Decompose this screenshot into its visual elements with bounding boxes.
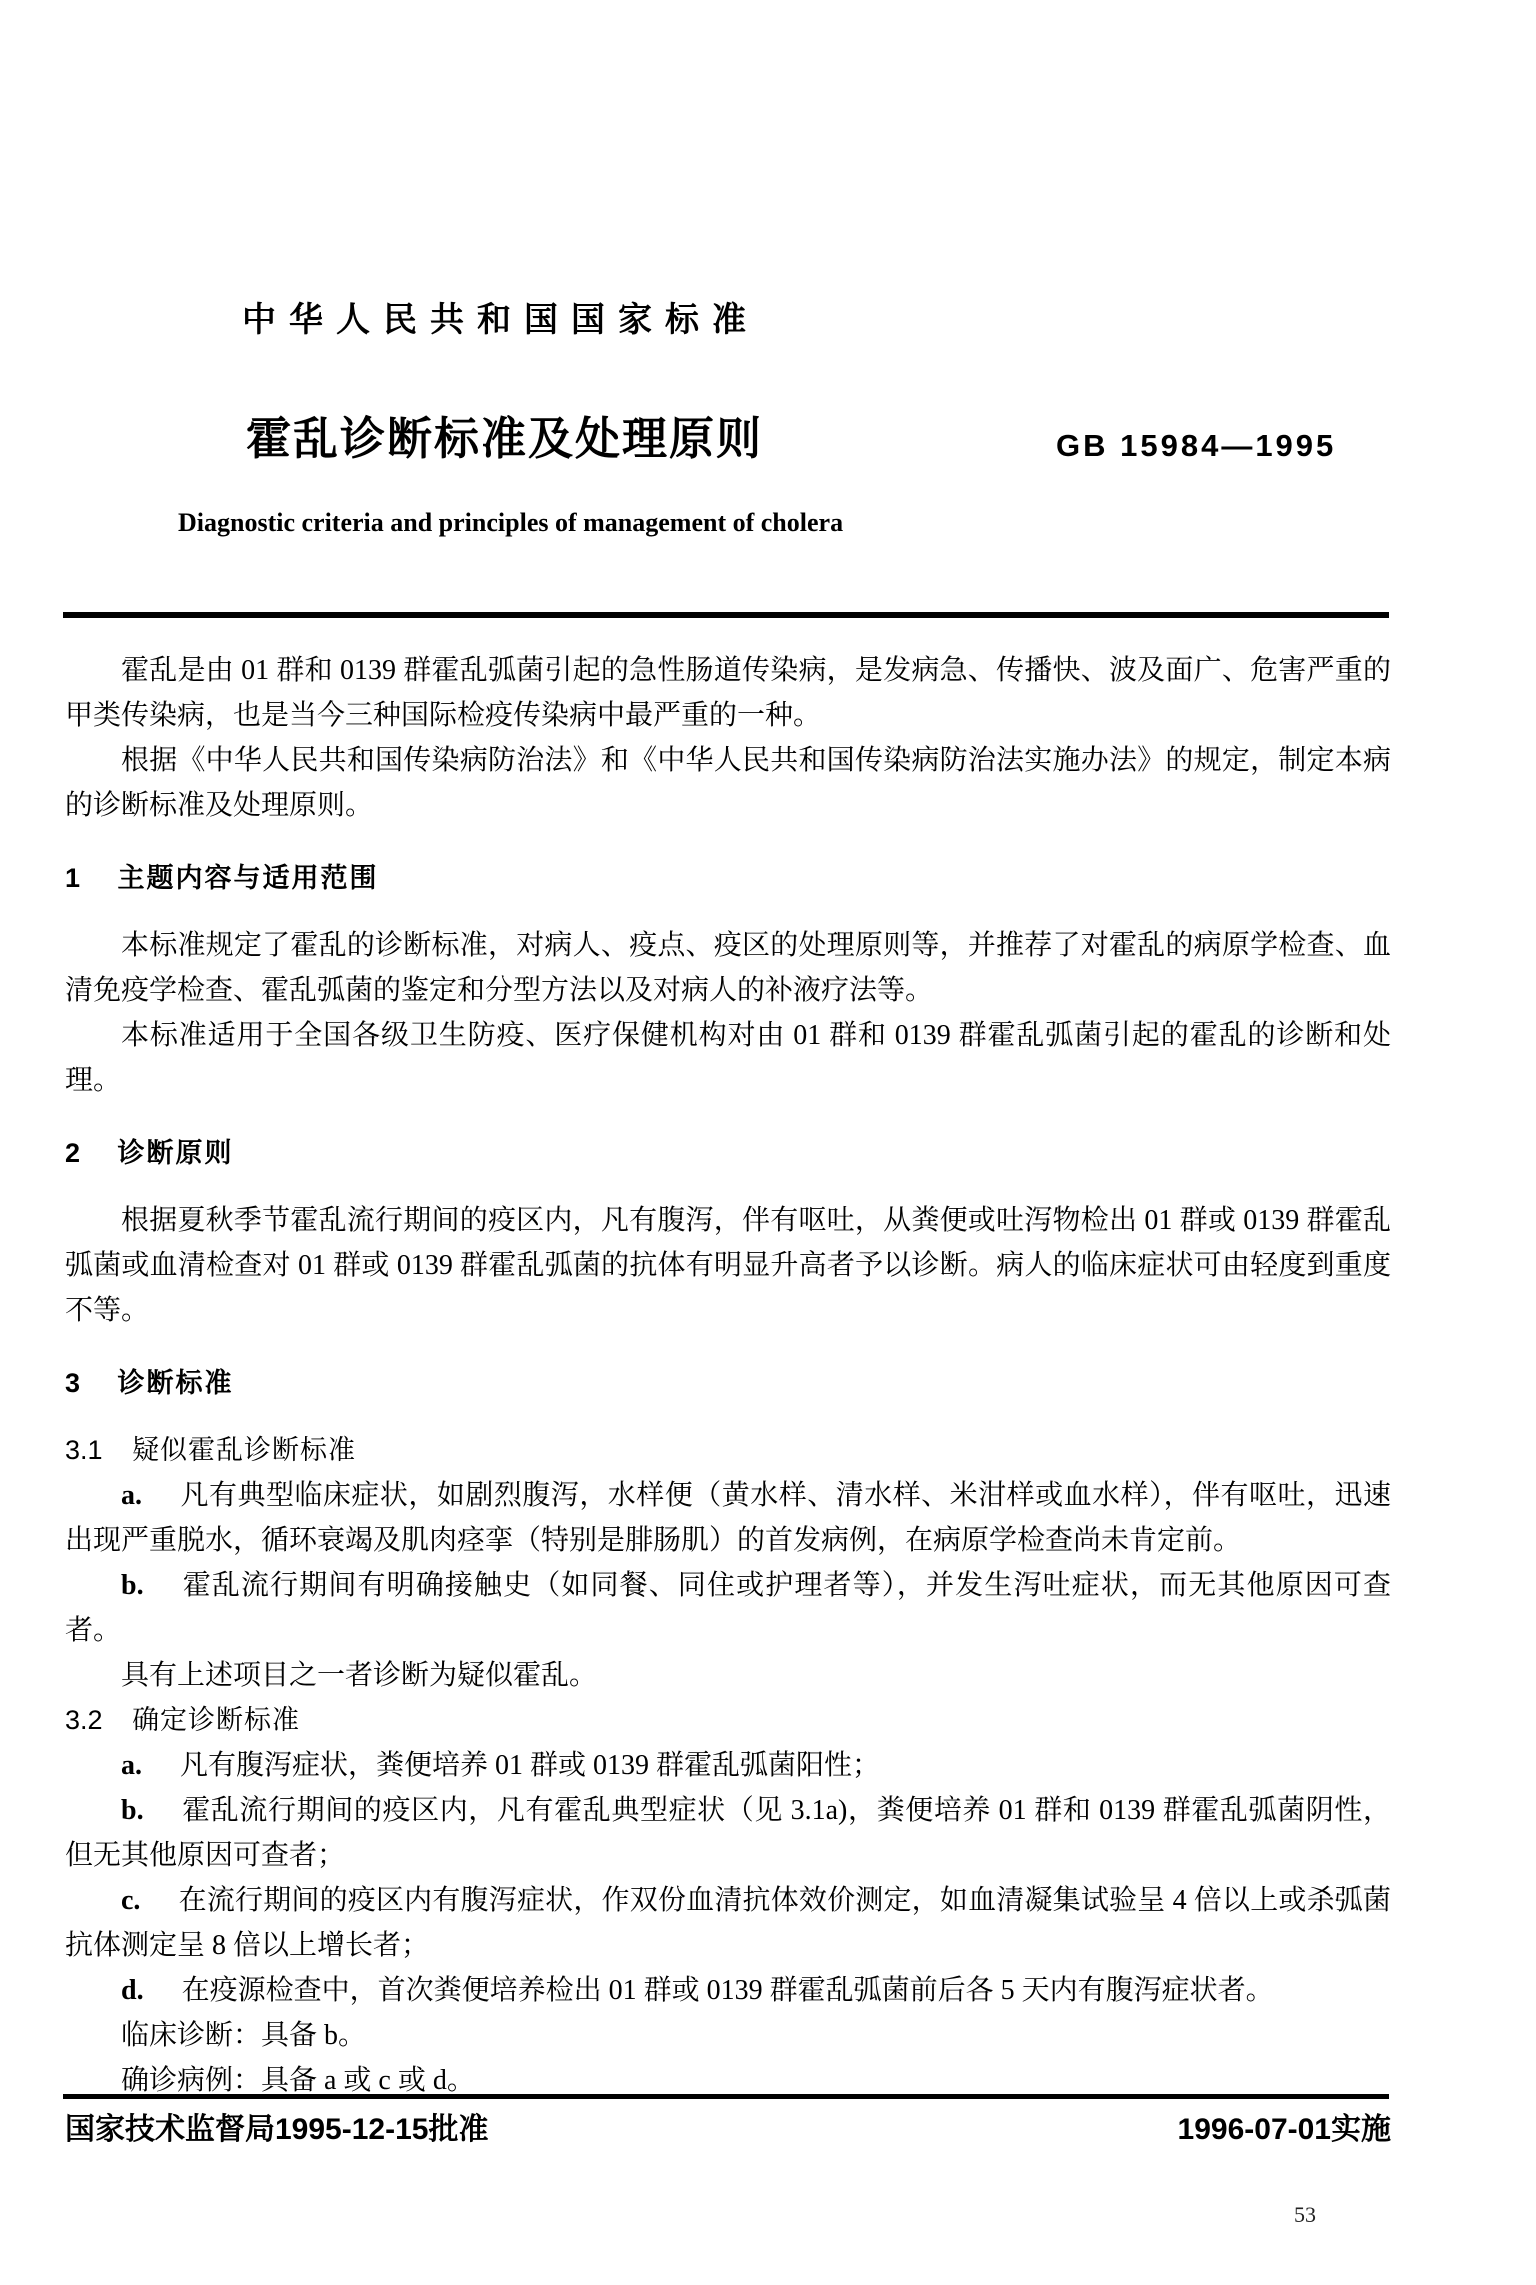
section-2-heading: 2 诊断原则 (65, 1131, 1391, 1176)
section-3-2-title: 确定诊断标准 (132, 1698, 300, 1743)
item-label-a: a. (121, 1750, 142, 1781)
list-item: c.在流行期间的疫区内有腹泻症状，作双份血清抗体效价测定，如血清凝集试验呈 4 … (65, 1878, 1391, 1968)
section-1-title: 主题内容与适用范围 (118, 856, 379, 901)
item-label-c: c. (121, 1885, 140, 1916)
section-3-1-title: 疑似霍乱诊断标准 (132, 1428, 356, 1473)
list-item: b.霍乱流行期间有明确接触史（如同餐、同住或护理者等），并发生泻吐症状，而无其他… (65, 1563, 1391, 1653)
document-page: 中华人民共和国国家标准 霍乱诊断标准及处理原则 GB 15984—1995 Di… (0, 0, 1536, 2285)
page-number: 53 (1294, 2202, 1316, 2228)
implementation-line: 1996-07-01实施 (1178, 2104, 1391, 2148)
document-title-chinese: 霍乱诊断标准及处理原则 (246, 402, 763, 467)
item-text: 霍乱流行期间的疫区内，凡有霍乱典型症状（见 3.1a)，粪便培养 01 群和 0… (65, 1795, 1391, 1871)
header-divider (63, 612, 1389, 618)
intro-paragraph-1: 霍乱是由 01 群和 0139 群霍乱弧菌引起的急性肠道传染病，是发病急、传播快… (65, 648, 1391, 738)
item-label-b: b. (121, 1570, 144, 1601)
item-label-a: a. (121, 1480, 142, 1511)
section-3-title: 诊断标准 (118, 1361, 234, 1406)
document-title-english: Diagnostic criteria and principles of ma… (178, 508, 843, 538)
section-1-number: 1 (65, 856, 80, 901)
section-3-2-number: 3.2 (65, 1698, 103, 1743)
section-3-1-number: 3.1 (65, 1428, 103, 1473)
clinical-diagnosis-line: 临床诊断：具备 b。 (65, 2013, 1391, 2058)
item-label-d: d. (121, 1975, 144, 2006)
section-1-paragraph-1: 本标准规定了霍乱的诊断标准，对病人、疫点、疫区的处理原则等，并推荐了对霍乱的病原… (65, 923, 1391, 1013)
item-label-b: b. (121, 1795, 144, 1826)
item-text: 凡有腹泻症状，粪便培养 01 群或 0139 群霍乱弧菌阳性； (180, 1750, 880, 1781)
section-3-1-heading: 3.1 疑似霍乱诊断标准 (65, 1428, 1391, 1473)
section-1-paragraph-2: 本标准适用于全国各级卫生防疫、医疗保健机构对由 01 群和 0139 群霍乱弧菌… (65, 1013, 1391, 1103)
section-2-title: 诊断原则 (118, 1131, 234, 1176)
section-1-heading: 1 主题内容与适用范围 (65, 856, 1391, 901)
section-3-number: 3 (65, 1361, 80, 1406)
document-body: 霍乱是由 01 群和 0139 群霍乱弧菌引起的急性肠道传染病，是发病急、传播快… (65, 648, 1391, 2103)
section-2-paragraph-1: 根据夏秋季节霍乱流行期间的疫区内，凡有腹泻，伴有呕吐，从粪便或吐泻物检出 01 … (65, 1198, 1391, 1333)
item-text: 在疫源检查中，首次粪便培养检出 01 群或 0139 群霍乱弧菌前后各 5 天内… (182, 1975, 1274, 2006)
list-item: d.在疫源检查中，首次粪便培养检出 01 群或 0139 群霍乱弧菌前后各 5 … (65, 1968, 1391, 2013)
item-text: 在流行期间的疫区内有腹泻症状，作双份血清抗体效价测定，如血清凝集试验呈 4 倍以… (65, 1885, 1391, 1961)
section-2-number: 2 (65, 1131, 80, 1176)
standard-number: GB 15984—1995 (1056, 428, 1336, 464)
section-3-heading: 3 诊断标准 (65, 1361, 1391, 1406)
list-item: b.霍乱流行期间的疫区内，凡有霍乱典型症状（见 3.1a)，粪便培养 01 群和… (65, 1788, 1391, 1878)
list-item: a.凡有典型临床症状，如剧烈腹泻，水样便（黄水样、清水样、米泔样或血水样），伴有… (65, 1473, 1391, 1563)
section-3-1-note: 具有上述项目之一者诊断为疑似霍乱。 (65, 1653, 1391, 1698)
footer-divider (63, 2094, 1389, 2099)
approval-line: 国家技术监督局1995-12-15批准 (65, 2104, 488, 2148)
section-3-2-heading: 3.2 确定诊断标准 (65, 1698, 1391, 1743)
intro-paragraph-2: 根据《中华人民共和国传染病防治法》和《中华人民共和国传染病防治法实施办法》的规定… (65, 738, 1391, 828)
footer: 国家技术监督局1995-12-15批准 1996-07-01实施 (65, 2104, 1391, 2148)
national-standard-label: 中华人民共和国国家标准 (242, 292, 759, 341)
item-text: 凡有典型临床症状，如剧烈腹泻，水样便（黄水样、清水样、米泔样或血水样），伴有呕吐… (65, 1480, 1391, 1556)
list-item: a.凡有腹泻症状，粪便培养 01 群或 0139 群霍乱弧菌阳性； (65, 1743, 1391, 1788)
item-text: 霍乱流行期间有明确接触史（如同餐、同住或护理者等），并发生泻吐症状，而无其他原因… (65, 1570, 1391, 1646)
